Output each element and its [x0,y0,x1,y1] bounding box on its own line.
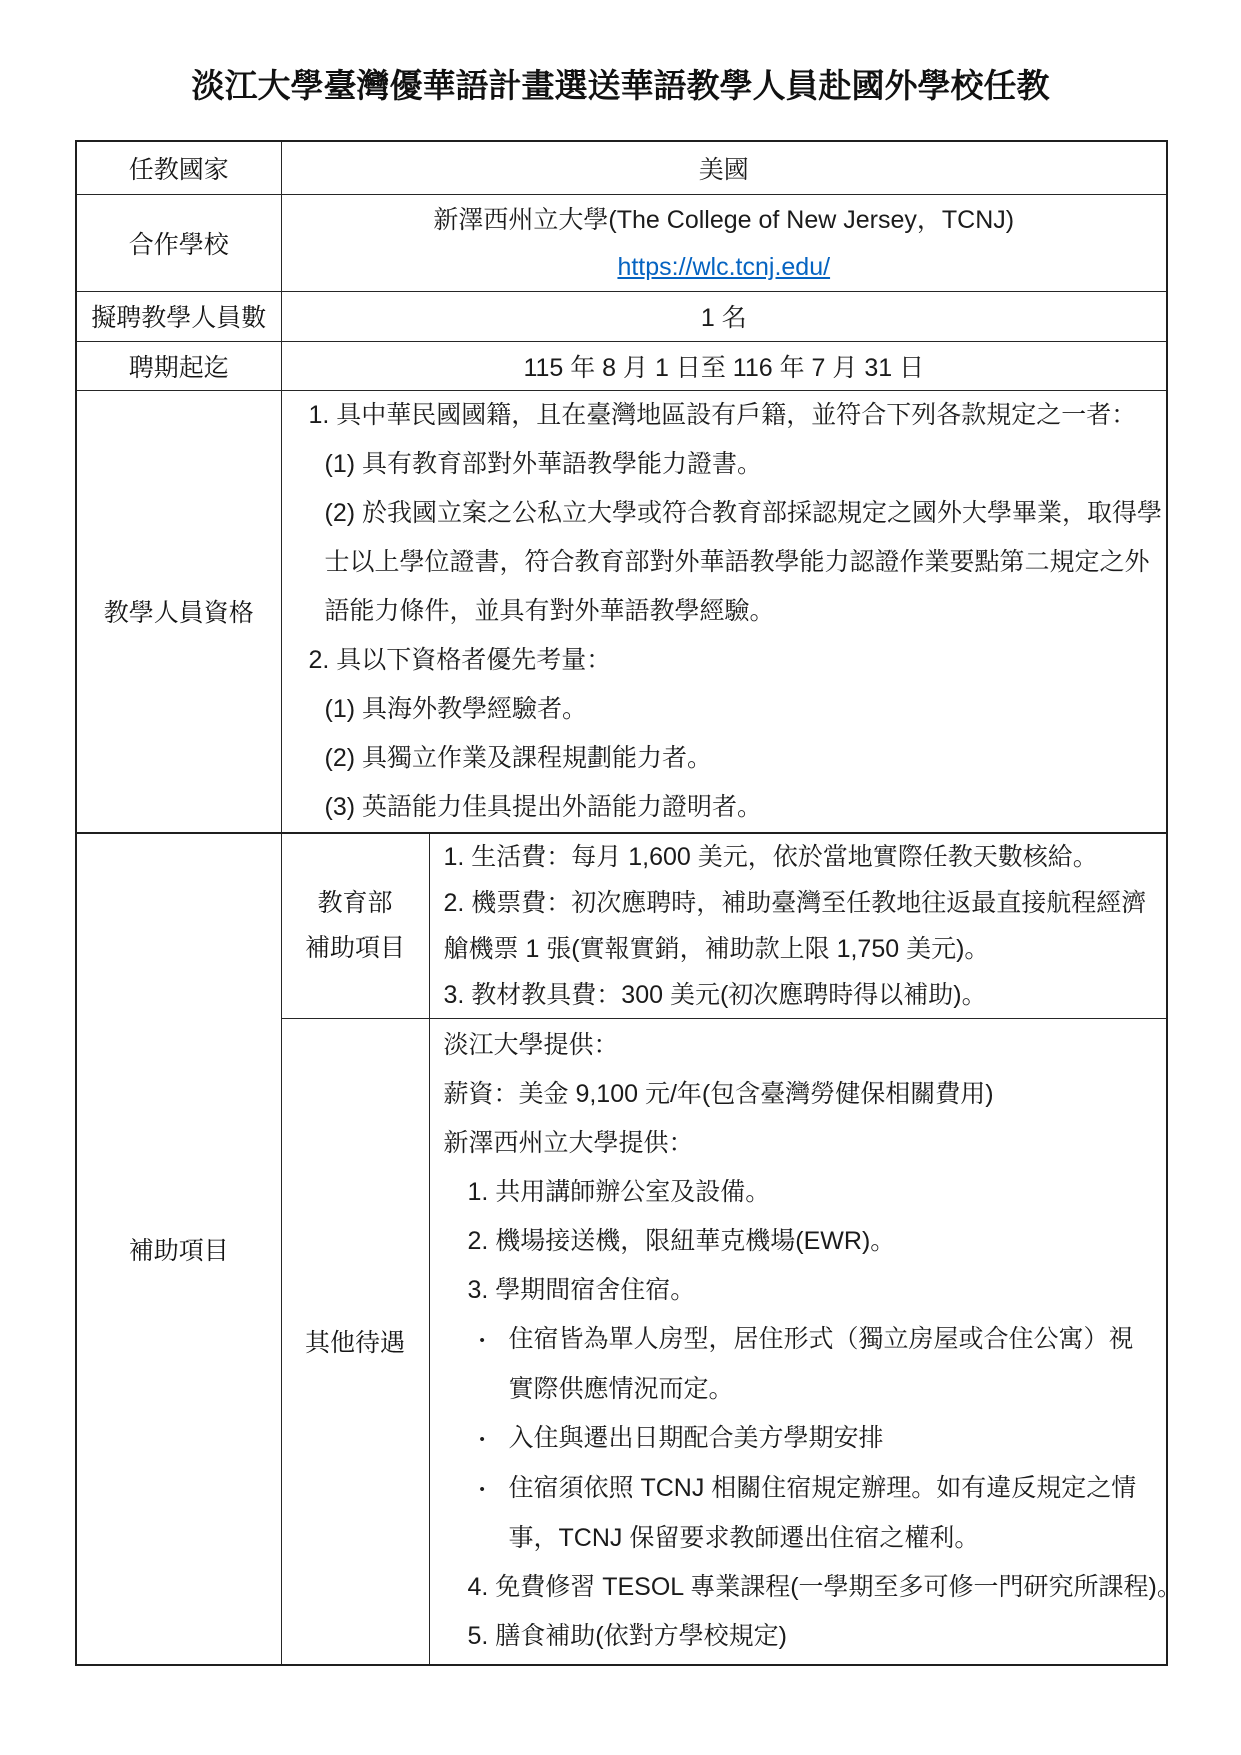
text-line: (2) 於我國立案之公私立大學或符合教育部採認規定之國外大學畢業，取得學 [282,489,1167,538]
row-partner-school: 合作學校 新澤西州立大學(The College of New Jersey，T… [76,194,1167,291]
partner-school-value: 新澤西州立大學(The College of New Jersey，TCNJ) … [281,194,1167,291]
text-line: 3. 學期間宿舍住宿。 [430,1266,1167,1315]
text-line: 2. 具以下資格者優先考量： [282,636,1167,685]
text-line: 1. 共用講師辦公室及設備。 [430,1168,1167,1217]
period-value: 115 年 8 月 1 日至 116 年 7 月 31 日 [281,341,1167,390]
row-headcount: 擬聘教學人員數 1 名 [76,291,1167,341]
other-benefits-content: 淡江大學提供：薪資：美金 9,100 元/年(包含臺灣勞健保相關費用)新澤西州立… [429,1019,1167,1665]
text-line: •住宿須依照 TCNJ 相關住宿規定辦理。如有違反規定之情 [430,1464,1167,1514]
text-line: 艙機票 1 張(實報實銷，補助款上限 1,750 美元)。 [430,926,1167,972]
text-line: 3. 教材教具費：300 美元(初次應聘時得以補助)。 [430,972,1167,1018]
bullet-text: 住宿須依照 TCNJ 相關住宿規定辦理。如有違反規定之情 [509,1474,1137,1502]
text-line: (2) 具獨立作業及課程規劃能力者。 [282,734,1167,783]
school-link-line: https://wlc.tcnj.edu/ [282,244,1167,291]
school-website-link[interactable]: https://wlc.tcnj.edu/ [617,253,830,281]
headcount-label: 擬聘教學人員數 [76,291,281,341]
text-line: 士以上學位證書，符合教育部對外華語教學能力認證作業要點第二規定之外 [282,538,1167,587]
document-page: 淡江大學臺灣優華語計畫選送華語教學人員赴國外學校任教 任教國家 美國 合作學校 … [0,0,1241,1755]
text-line: 2. 機票費：初次應聘時，補助臺灣至任教地往返最直接航程經濟 [430,880,1167,926]
moe-sublabel: 教育部 補助項目 [281,833,429,1019]
moe-sublabel-line1: 教育部 [282,881,429,926]
text-line: (3) 英語能力佳具提出外語能力證明者。 [282,783,1167,832]
school-name: 新澤西州立大學(The College of New Jersey，TCNJ) [282,195,1167,244]
moe-sublabel-line2: 補助項目 [282,926,429,971]
row-subsidy-moe: 補助項目 教育部 補助項目 1. 生活費：每月 1,600 美元，依於當地實際任… [76,833,1167,1019]
country-label: 任教國家 [76,141,281,194]
row-qualifications: 教學人員資格 1. 具中華民國國籍，且在臺灣地區設有戶籍，並符合下列各款規定之一… [76,390,1167,833]
bullet-text: 住宿皆為單人房型，居住形式（獨立房屋或合住公寓）視 [509,1325,1134,1353]
row-period: 聘期起迄 115 年 8 月 1 日至 116 年 7 月 31 日 [76,341,1167,390]
text-line: •入住與遷出日期配合美方學期安排 [430,1414,1167,1464]
text-line: (1) 具有教育部對外華語教學能力證書。 [282,440,1167,489]
text-line: 薪資：美金 9,100 元/年(包含臺灣勞健保相關費用) [430,1070,1167,1119]
qualifications-label: 教學人員資格 [76,390,281,833]
country-value: 美國 [281,141,1167,194]
text-line: •住宿皆為單人房型，居住形式（獨立房屋或合住公寓）視 [430,1315,1167,1365]
bullet-icon: • [480,1465,509,1514]
moe-subsidy-content: 1. 生活費：每月 1,600 美元，依於當地實際任教天數核給。2. 機票費：初… [429,833,1167,1019]
partner-school-label: 合作學校 [76,194,281,291]
text-line: 1. 具中華民國國籍，且在臺灣地區設有戶籍，並符合下列各款規定之一者： [282,391,1167,440]
text-line: 實際供應情況而定。 [430,1365,1167,1414]
text-line: 新澤西州立大學提供： [430,1119,1167,1168]
text-line: 4. 免費修習 TESOL 專業課程(一學期至多可修一門研究所課程)。 [430,1563,1167,1612]
bullet-icon: • [480,1316,509,1365]
text-line: 淡江大學提供： [430,1021,1167,1070]
bullet-text: 入住與遷出日期配合美方學期安排 [509,1424,884,1452]
subsidy-label: 補助項目 [76,833,281,1665]
row-country: 任教國家 美國 [76,141,1167,194]
bullet-icon: • [480,1415,509,1464]
info-table: 任教國家 美國 合作學校 新澤西州立大學(The College of New … [75,140,1168,1666]
text-line: 2. 機場接送機，限紐華克機場(EWR)。 [430,1217,1167,1266]
other-benefits-sublabel: 其他待遇 [281,1019,429,1665]
text-line: 5. 膳食補助(依對方學校規定) [430,1612,1167,1661]
document-title: 淡江大學臺灣優華語計畫選送華語教學人員赴國外學校任教 [0,0,1241,108]
period-label: 聘期起迄 [76,341,281,390]
text-line: 1. 生活費：每月 1,600 美元，依於當地實際任教天數核給。 [430,834,1167,880]
qualifications-content: 1. 具中華民國國籍，且在臺灣地區設有戶籍，並符合下列各款規定之一者：(1) 具… [281,390,1167,833]
text-line: 語能力條件，並具有對外華語教學經驗。 [282,587,1167,636]
text-line: 事，TCNJ 保留要求教師遷出住宿之權利。 [430,1514,1167,1563]
text-line: (1) 具海外教學經驗者。 [282,685,1167,734]
headcount-value: 1 名 [281,291,1167,341]
